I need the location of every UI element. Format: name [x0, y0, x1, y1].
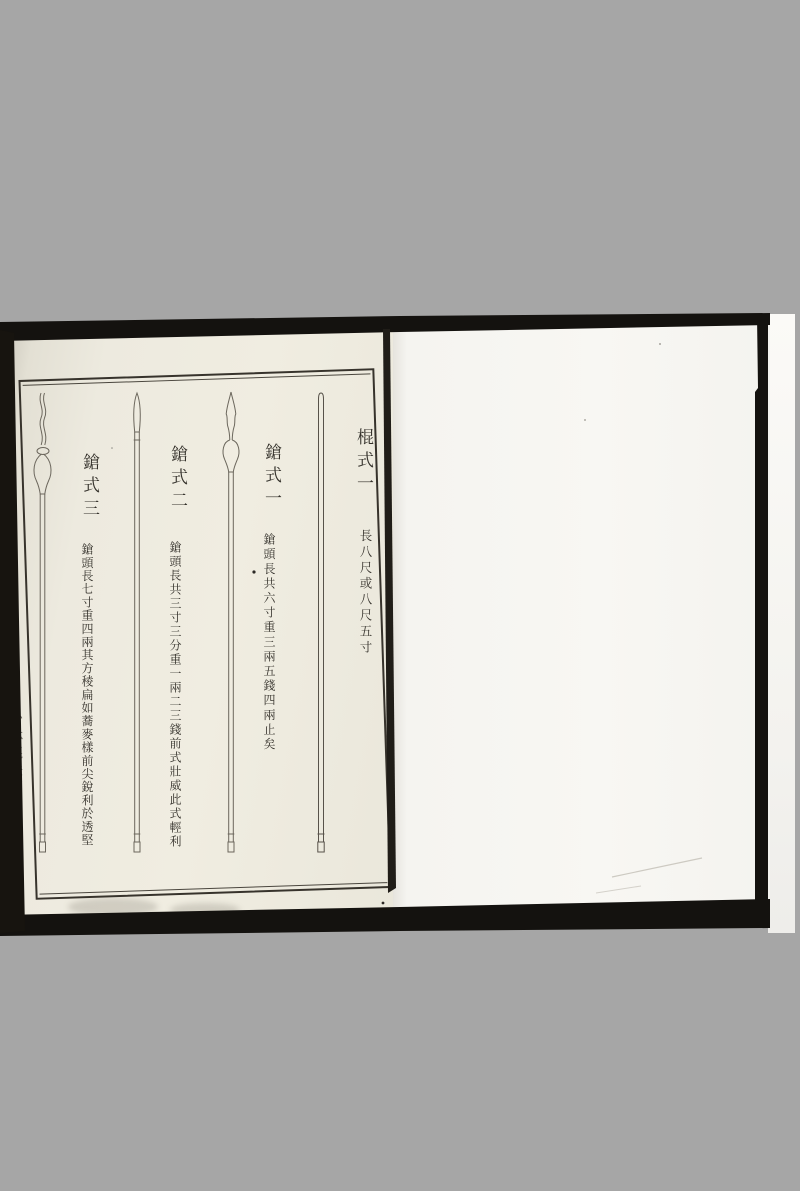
page-edge-strip	[768, 314, 795, 933]
spear-three-illustration	[24, 390, 60, 865]
entry-4-description: 鎗頭長七寸重四兩其方稜扁如蕎麥樣前尖銳利於透堅	[79, 543, 96, 847]
spine-title-text: 少林棍法闡宗	[7, 712, 22, 814]
entry-3-description: 鎗頭長共三寸三分重一兩二三錢前式壯威此式輕利	[167, 541, 184, 849]
spine-title: 少林棍法闡宗 中卷	[1, 712, 24, 962]
ink-smudge	[68, 898, 158, 916]
entry-1-title: 棍式一	[351, 428, 376, 497]
scanned-book-spread: 少林棍法闡宗 中卷 棍式一 長八尺或八尺五寸 鎗式一 鎗頭長共六寸重三兩五錢四兩…	[0, 0, 800, 1191]
entry-2-title: 鎗式一	[259, 443, 284, 512]
entry-3-title: 鎗式二	[165, 445, 190, 514]
ink-smudge	[170, 903, 240, 917]
spear-one-illustration	[213, 390, 249, 865]
spine-volume-text: 中卷	[7, 833, 22, 867]
entry-2-description: 鎗頭長共六寸重三兩五錢四兩止矣	[261, 533, 278, 752]
plain-staff-illustration	[303, 390, 339, 865]
entry-1-description: 長八尺或八尺五寸	[356, 529, 374, 656]
illustration-plate: 少林棍法闡宗 中卷 棍式一 長八尺或八尺五寸 鎗式一 鎗頭長共六寸重三兩五錢四兩…	[0, 330, 396, 930]
entry-4-title: 鎗式三	[77, 453, 102, 522]
right-page-blank	[393, 318, 770, 912]
spear-two-illustration	[119, 390, 155, 865]
